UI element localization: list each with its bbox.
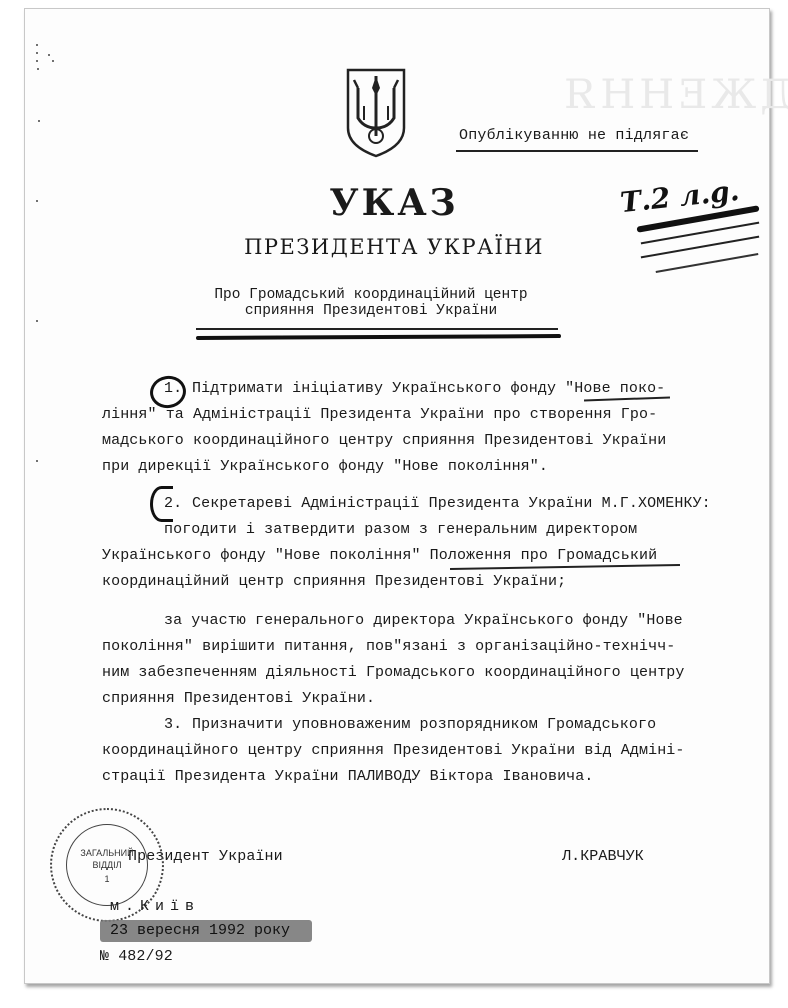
- stamp-text: ЗАГАЛЬНИЙ: [76, 848, 138, 858]
- scan-speck: [36, 60, 38, 62]
- item-subline: сприяння Президентові України.: [102, 690, 375, 707]
- document-date: 23 вересня 1992 року: [110, 922, 290, 939]
- publication-note-underline: [456, 150, 698, 152]
- scan-speck: [37, 68, 39, 70]
- about-line: Про Громадський координаційний центр: [186, 287, 556, 303]
- item-line: при дирекції Українського фонду "Нове по…: [102, 458, 548, 475]
- scan-speck: [36, 460, 38, 462]
- document-title: УКАЗ: [0, 182, 788, 224]
- trident-emblem-icon: [344, 66, 408, 158]
- scan-speck: [48, 54, 50, 56]
- item-number: 2.: [164, 495, 182, 512]
- item-subline: координаційний центр сприяння Президенто…: [102, 573, 566, 590]
- item-line: Секретареві Адміністрації Президента Укр…: [192, 495, 711, 512]
- about-underline: [196, 328, 558, 330]
- publication-note: Опублікуванню не підлягає: [459, 127, 689, 144]
- item-line: мадського координаційного центру сприянн…: [102, 432, 666, 449]
- item-number: 3.: [164, 716, 182, 733]
- about-line: сприяння Президентові України: [186, 303, 556, 319]
- document-number: № 482/92: [100, 948, 173, 965]
- stamp-text: ВІДДІЛ: [76, 860, 138, 870]
- signature-name: Л.КРАВЧУК: [562, 848, 644, 865]
- item-line: Призначити уповноваженим розпорядником Г…: [192, 716, 656, 733]
- item-subline: за участю генерального директора Українс…: [164, 612, 683, 629]
- scan-speck: [38, 120, 40, 122]
- item-line: ління" та Адміністрації Президента Украї…: [102, 406, 657, 423]
- scan-speck: [52, 60, 54, 62]
- item-subline: погодити і затвердити разом з генеральни…: [164, 521, 637, 538]
- document-subtitle: ПРЕЗИДЕНТА УКРАЇНИ: [0, 235, 788, 259]
- place: м.Київ: [110, 898, 200, 915]
- item-line: Підтримати ініціативу Українського фонду…: [192, 380, 665, 397]
- item-subline: Українського фонду "Нове покоління" Поло…: [102, 547, 657, 564]
- item-line: координаційного центру сприяння Президен…: [102, 742, 685, 759]
- item-subline: покоління" вирішити питання, пов"язані з…: [102, 638, 675, 655]
- scan-speck: [36, 52, 38, 54]
- item-subline: ним забезпеченням діяльності Громадськог…: [102, 664, 685, 681]
- item-number: 1.: [164, 380, 182, 397]
- scan-speck: [36, 44, 38, 46]
- document-about: Про Громадський координаційний центр спр…: [186, 287, 556, 319]
- scan-speck: [36, 320, 38, 322]
- item-line: страції Президента України ПАЛИВОДУ Вікт…: [102, 768, 593, 785]
- bleed-through-text: РОЗПОРЯДЖЕННЯ: [560, 72, 788, 118]
- stamp-text: 1: [76, 874, 138, 884]
